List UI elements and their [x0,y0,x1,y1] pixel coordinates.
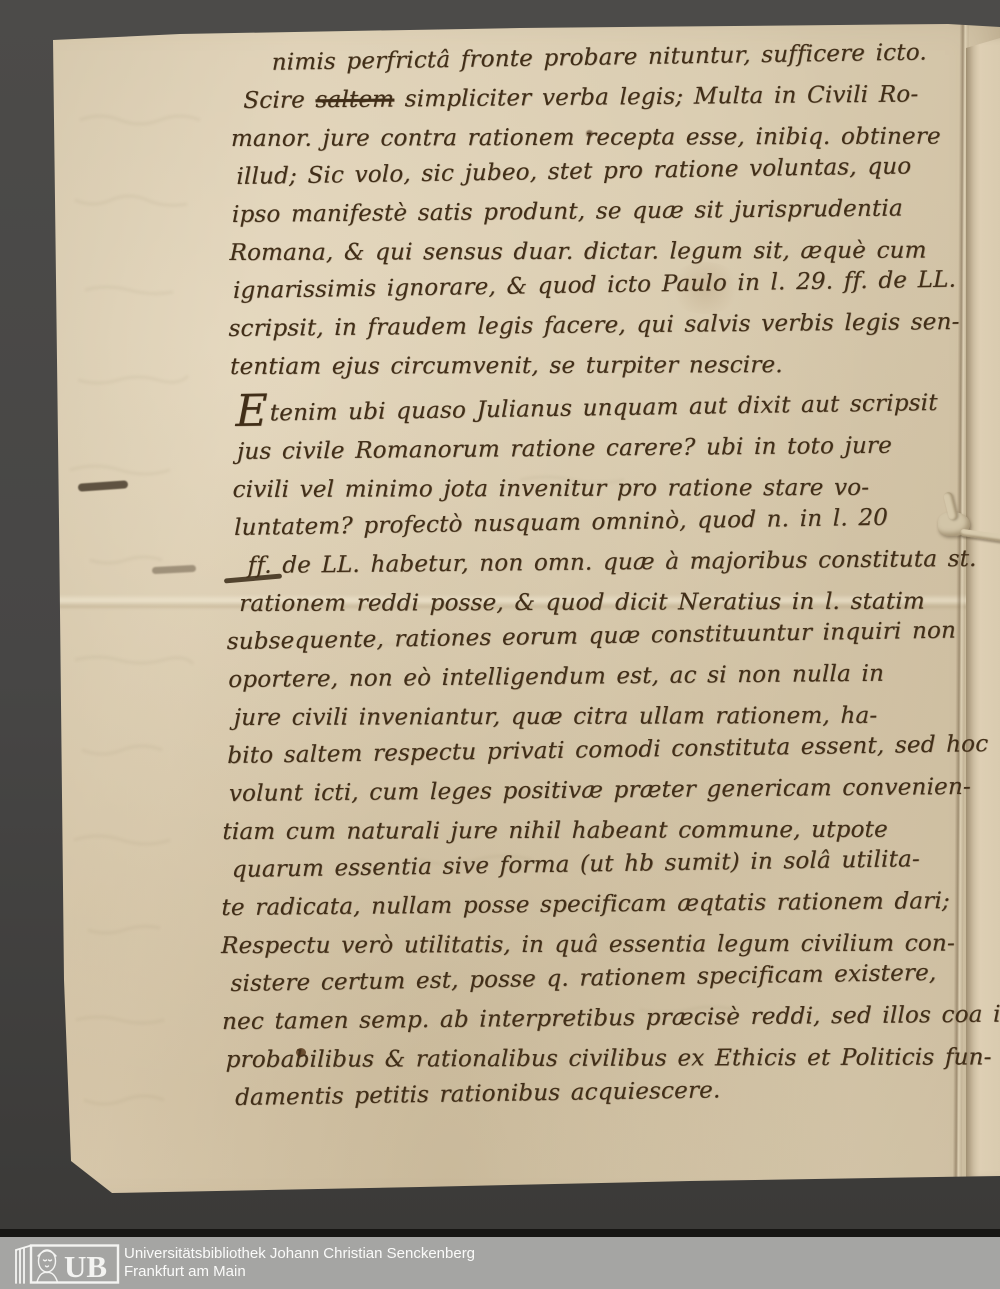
library-name-line2: Frankfurt am Main [124,1263,475,1281]
scan-viewer: nimis perfrictâ fronte probare nituntur,… [0,0,1000,1289]
manuscript-line: oportere, non eò intelligendum est, ac s… [228,660,962,705]
manuscript-line: te radicata, nullam posse specificam æqt… [221,888,959,933]
manuscript-line: nec tamen semp. ab interpretibus præcisè… [222,1002,958,1047]
manuscript-line: tentiam ejus circumvenit, se turpiter ne… [230,351,967,392]
library-name: Universitätsbibliothek Johann Christian … [124,1245,475,1281]
library-name-line1: Universitätsbibliothek Johann Christian … [124,1245,475,1263]
library-footer-bar: UB Universitätsbibliothek Johann Christi… [0,1237,1000,1289]
manuscript-line: ipso manifestè satis produnt, se quæ sit… [232,195,968,240]
manuscript-line: scripsit, in fraudem legis facere, qui s… [228,309,966,354]
manuscript-line: jus civile Romanorum ratione carere? ubi… [237,432,965,477]
struck-word: saltem [315,86,394,113]
manuscript-line: Scire saltem simpliciter verba legis; Mu… [243,81,969,126]
manuscript-page: nimis perfrictâ fronte probare nituntur,… [0,0,1000,1229]
paragraph-initial: E [235,385,267,437]
ub-library-logo-icon: UB [14,1244,120,1284]
ub-logo-letters: UB [64,1249,107,1284]
manuscript-line: Etenim ubi quaso Julianus unquam aut dix… [235,390,965,439]
manuscript-lines: nimis perfrictâ fronte probare nituntur,… [217,46,970,1123]
manuscript-line: volunt icti, cum leges positivæ præter g… [229,774,961,819]
portrait-icon [37,1250,58,1282]
footer-divider [0,1229,1000,1237]
manuscript-line: ff. de LL. habetur, non omn. quæ à major… [247,546,963,591]
